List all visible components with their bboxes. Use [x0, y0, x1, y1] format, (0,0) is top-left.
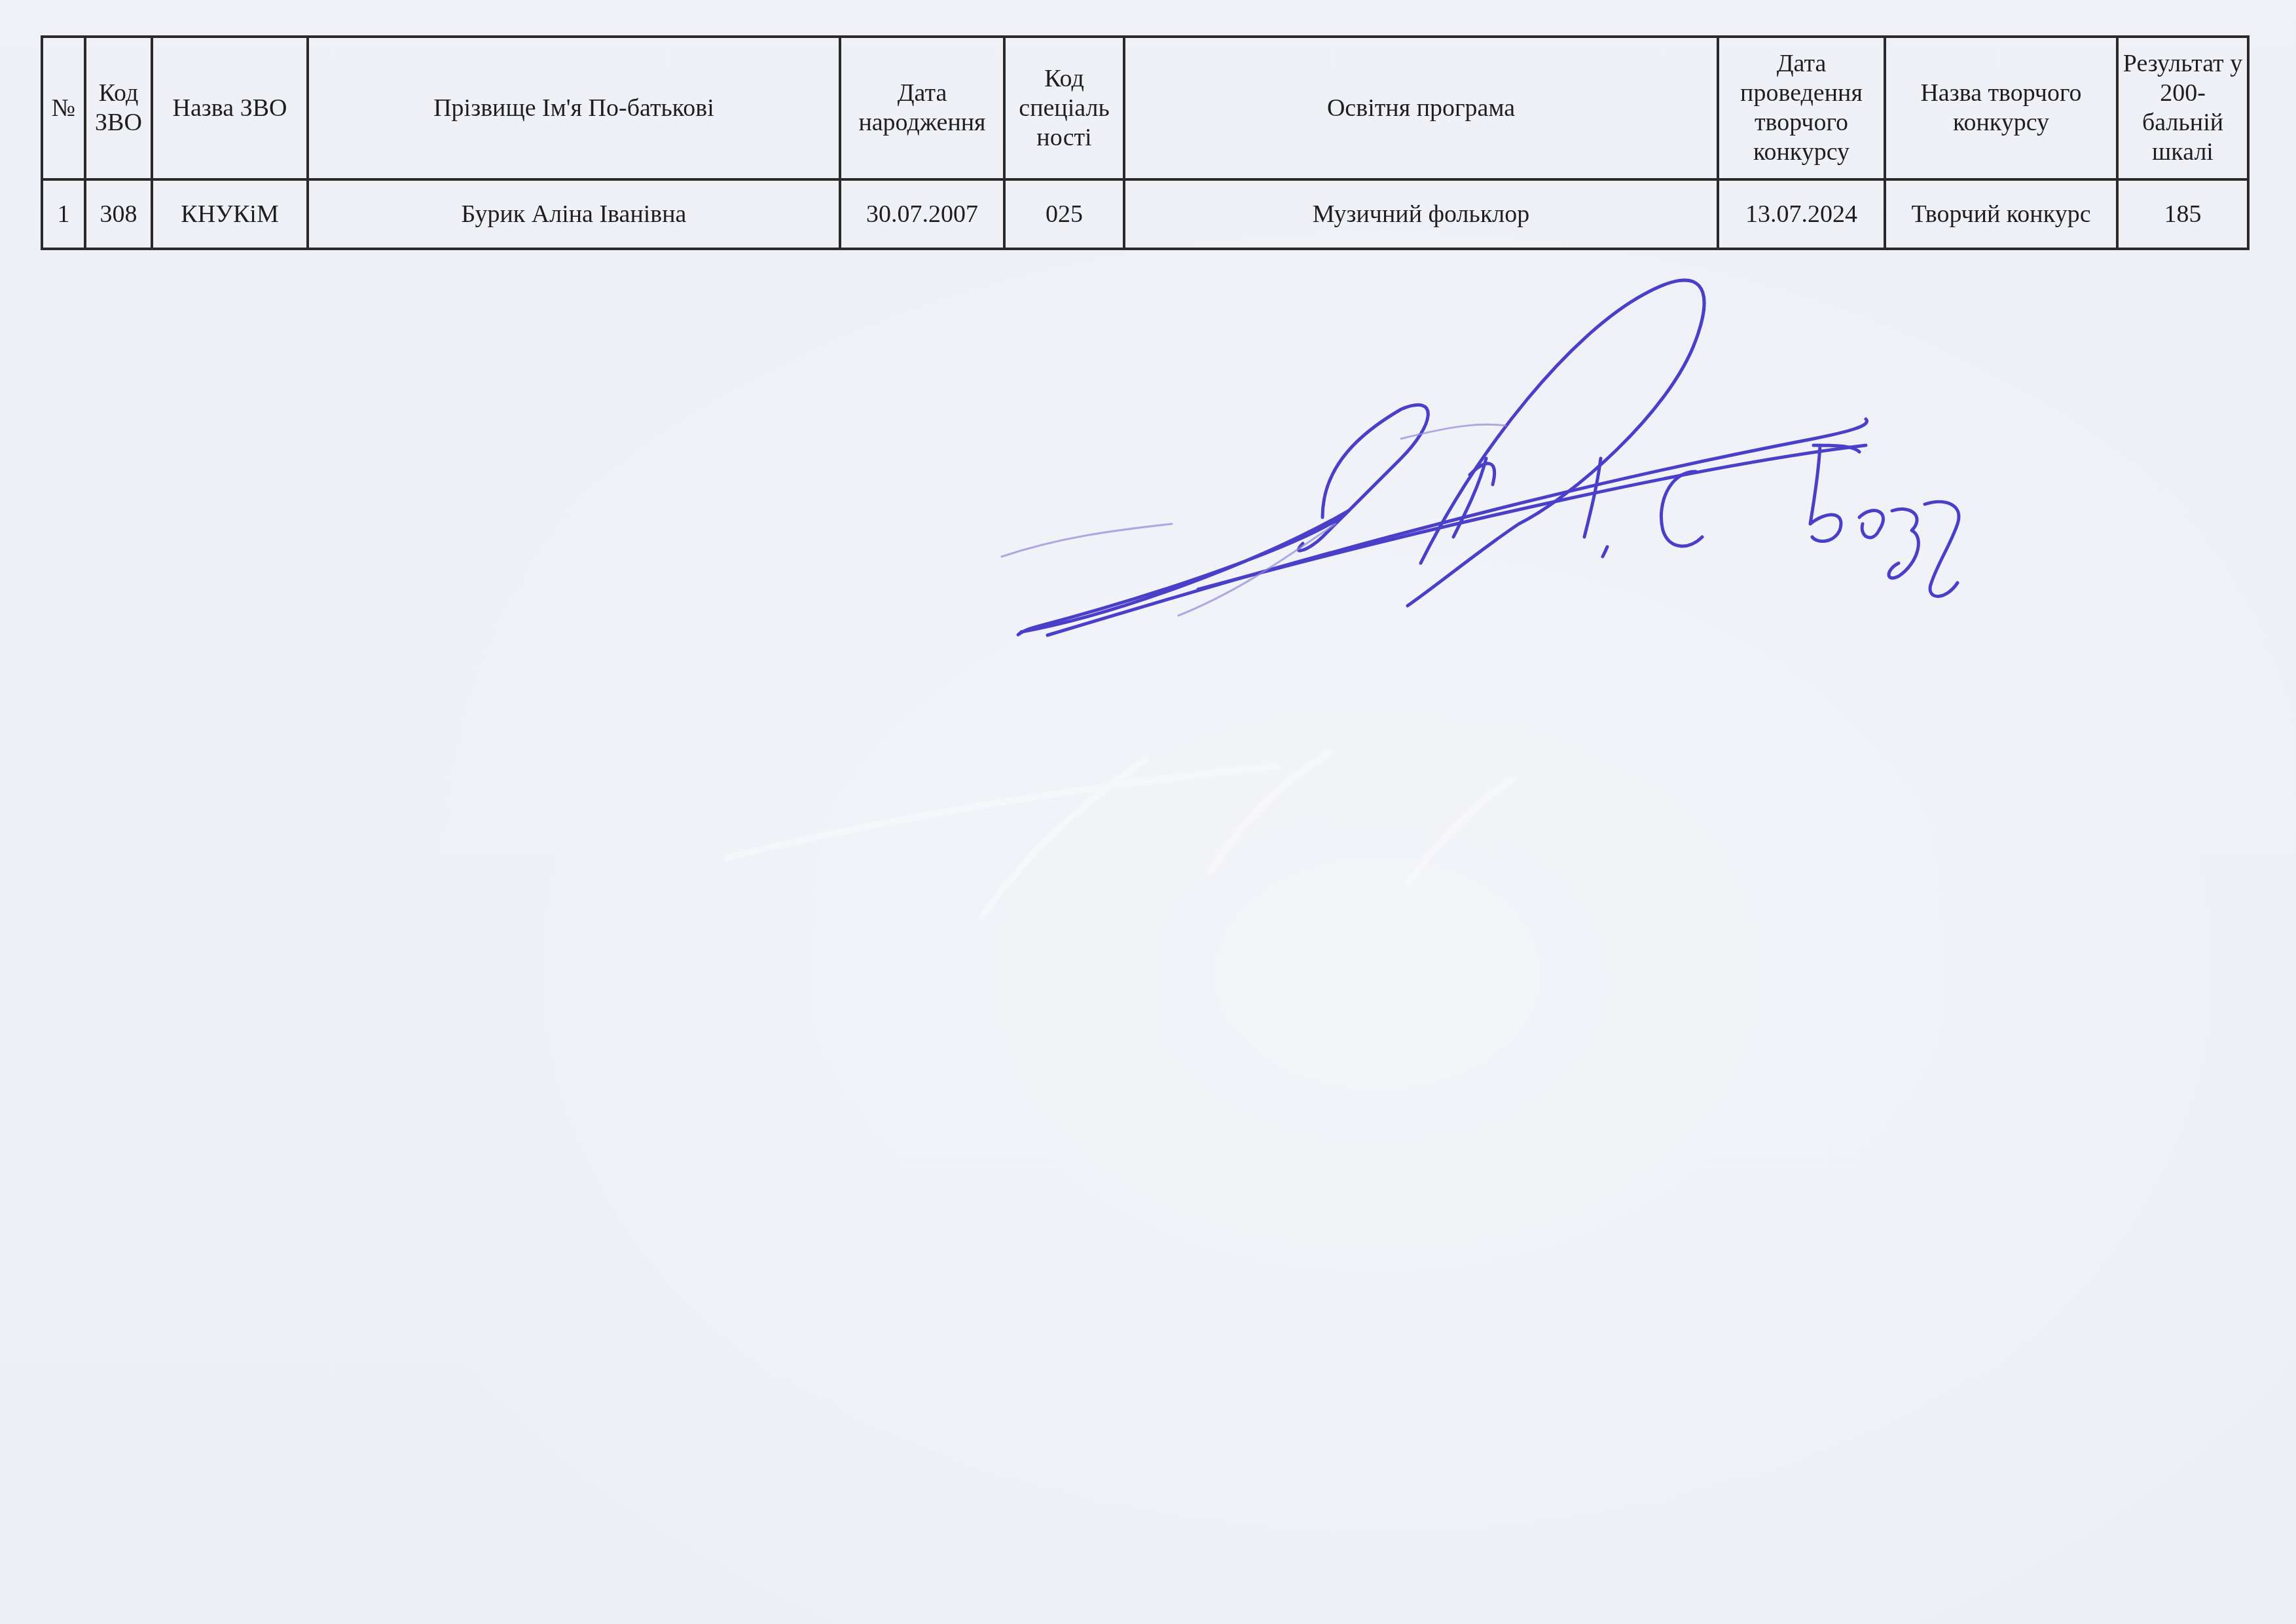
header-birth-date: Дата народження — [840, 37, 1004, 179]
handwritten-signature — [982, 249, 2160, 655]
header-program: Освітня програма — [1124, 37, 1718, 179]
cell-program: Музичний фольклор — [1124, 179, 1718, 249]
cell-score: 185 — [2117, 179, 2248, 249]
cell-institution-code: 308 — [85, 179, 152, 249]
header-full-name: Прізвище Ім'я По-батькові — [308, 37, 840, 179]
signature-imprint — [687, 688, 1800, 1080]
cell-full-name: Бурик Аліна Іванівна — [308, 179, 840, 249]
header-number: № — [42, 37, 85, 179]
cell-specialty-code: 025 — [1004, 179, 1124, 249]
cell-contest-date: 13.07.2024 — [1718, 179, 1885, 249]
header-institution-name: Назва ЗВО — [152, 37, 308, 179]
cell-contest-name: Творчий конкурс — [1885, 179, 2117, 249]
header-score: Результат у 200-бальній шкалі — [2117, 37, 2248, 179]
cell-birth-date: 30.07.2007 — [840, 179, 1004, 249]
table-row: 1 308 КНУКіМ Бурик Аліна Іванівна 30.07.… — [42, 179, 2248, 249]
header-specialty-code: Код спеціаль ності — [1004, 37, 1124, 179]
cell-institution-name: КНУКіМ — [152, 179, 308, 249]
header-contest-date: Дата проведення творчого конкурсу — [1718, 37, 1885, 179]
cell-number: 1 — [42, 179, 85, 249]
header-contest-name: Назва творчого конкурсу — [1885, 37, 2117, 179]
results-table: № Код ЗВО Назва ЗВО Прізвище Ім'я По-бат… — [41, 35, 2250, 250]
table-header-row: № Код ЗВО Назва ЗВО Прізвище Ім'я По-бат… — [42, 37, 2248, 179]
header-institution-code: Код ЗВО — [85, 37, 152, 179]
